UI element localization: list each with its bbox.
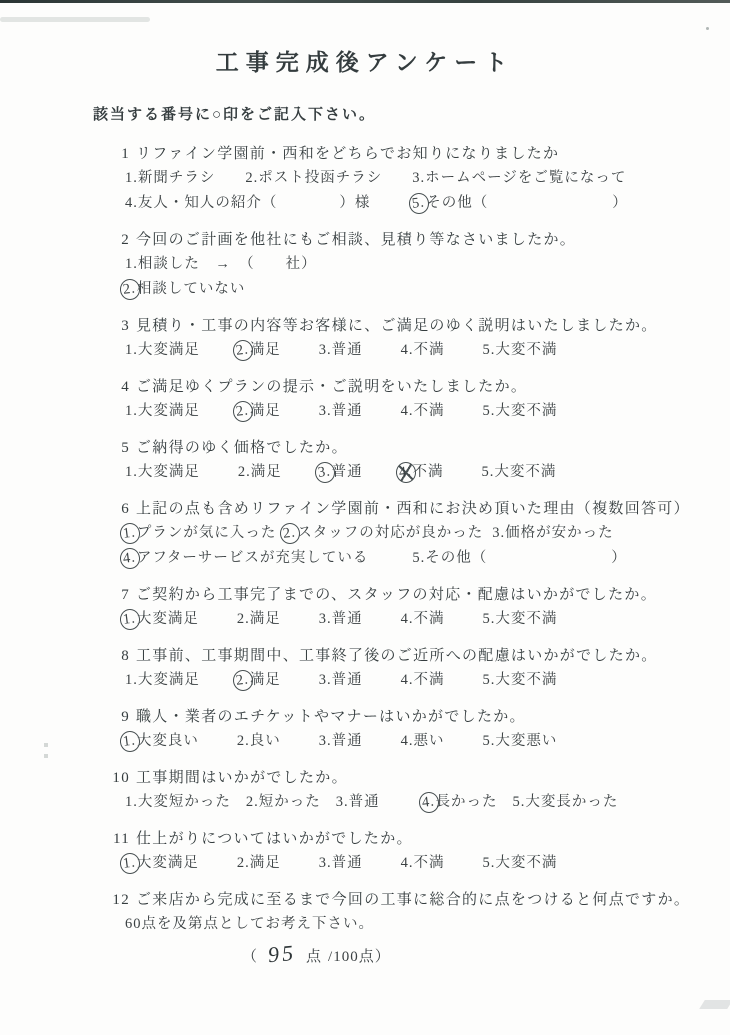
option: 1.大変短かった xyxy=(125,794,231,810)
option: 1.大変満足 xyxy=(125,403,200,419)
option-line: 1.大変満足2.満足3.普通4.不満5.大変不満 xyxy=(125,851,730,876)
option-number: 4. xyxy=(401,668,414,693)
instruction-text: 該当する番号に○印をご記入下さい。 xyxy=(93,103,730,124)
option-number: 5. xyxy=(483,668,496,693)
option: 3.普通 xyxy=(336,794,380,810)
option-label: 普通 xyxy=(349,794,380,810)
option-label: スタッフの対応が良かった xyxy=(297,525,483,541)
option-number: 5. xyxy=(412,546,425,571)
option-number: 4. xyxy=(401,607,414,632)
option-label: 短かった xyxy=(259,794,321,810)
question-text: リファイン学園前・西和をどちらでお知りになりましたか xyxy=(136,146,559,162)
option-line: 1.大変満足2.満足3.普通4.不満5.大変不満 xyxy=(125,607,730,632)
option-label: 不満 xyxy=(414,672,445,688)
option-number: 3. xyxy=(319,729,332,754)
option-label: 満足 xyxy=(251,464,282,480)
option: 5.その他（ ） xyxy=(414,195,627,211)
question-title: 4ご満足ゆくプランの提示・ご説明をいたしましたか。 xyxy=(112,375,730,399)
question-number: 3 xyxy=(112,314,130,338)
option-number: 3. xyxy=(319,399,332,424)
option-number: 1. xyxy=(125,338,138,363)
option-number: 1. xyxy=(125,166,138,191)
option-line: 2.相談していない xyxy=(125,277,730,302)
score-unit: 点 xyxy=(306,949,322,965)
option-label: 満足 xyxy=(250,403,281,419)
question-title: 7ご契約から工事完了までの、スタッフの対応・配慮はいかがでしたか。 xyxy=(112,583,730,607)
question-block: 1リファイン学園前・西和をどちらでお知りになりましたか1.新聞チラシ2.ポスト投… xyxy=(112,142,730,216)
option-label: 大変不満 xyxy=(495,342,557,358)
option-label: 大変不満 xyxy=(495,855,557,871)
option: 5.大変不満 xyxy=(483,403,558,419)
option-number: 4. xyxy=(401,338,414,363)
option: 2.満足 xyxy=(238,672,281,688)
option-number: 5. xyxy=(513,790,526,815)
question-title: 1リファイン学園前・西和をどちらでお知りになりましたか xyxy=(112,142,730,166)
question-text: 上記の点も含めリファイン学園前・西和にお決め頂いた理由（複数回答可） xyxy=(136,501,690,517)
option-label: 不満 xyxy=(414,403,445,419)
option-number: 4. xyxy=(401,729,414,754)
option: 3.普通 xyxy=(319,342,363,358)
question-text: ご納得のゆく価格でしたか。 xyxy=(136,440,348,456)
option-lines: 1.相談した → （ 社）2.相談していない xyxy=(112,252,730,302)
question-block: 5ご納得のゆく価格でしたか。1.大変満足2.満足3.普通4.不満5.大変不満 xyxy=(112,436,730,485)
option-lines: 1.プランが気に入った2.スタッフの対応が良かった3.価格が安かった4.アフター… xyxy=(112,521,730,571)
option-label: 大変満足 xyxy=(137,855,199,871)
option-label: 大変悪い xyxy=(495,733,557,749)
option: 3.普通 xyxy=(319,672,363,688)
option-label: 不満 xyxy=(414,611,445,627)
score-value-handwritten: 95 xyxy=(267,940,297,968)
option-label: 普通 xyxy=(332,403,363,419)
option: 1.相談した → （ 社） xyxy=(125,256,317,272)
option-label: その他（ ） xyxy=(425,550,627,566)
option-number: 3. xyxy=(336,790,349,815)
question-text: 今回のご計画を他社にもご相談、見積り等なさいましたか。 xyxy=(136,232,576,248)
scan-top-edge-artifact xyxy=(0,0,730,3)
question-title: 5ご納得のゆく価格でしたか。 xyxy=(112,436,730,460)
question-block: 11仕上がりについてはいかがでしたか。1.大変満足2.満足3.普通4.不満5.大… xyxy=(112,827,730,876)
scan-smudge-artifact xyxy=(0,17,150,22)
option: 1.大変満足 xyxy=(125,342,200,358)
option-number: 1. xyxy=(125,252,138,277)
option-label: 新聞チラシ xyxy=(138,170,216,186)
option-label: 普通 xyxy=(332,855,363,871)
question-text: 仕上がりについてはいかがでしたか。 xyxy=(136,831,413,847)
score-open-paren: （ xyxy=(242,949,258,965)
question-note: 60点を及第点としてお考え下さい。 xyxy=(112,912,730,937)
question-block: 3見積り・工事の内容等お客様に、ご満足のゆく説明はいたしましたか。1.大変満足2… xyxy=(112,314,730,363)
option-number: 4. xyxy=(401,851,414,876)
option: 5.大変不満 xyxy=(483,855,558,871)
option-number: 2. xyxy=(245,166,258,191)
option-label: その他（ ） xyxy=(426,195,628,211)
option-label: 満足 xyxy=(250,611,281,627)
option: 1.大変満足 xyxy=(125,611,199,627)
option-number: 5. xyxy=(483,607,496,632)
option-number: 1. xyxy=(125,399,138,424)
option: 4.不満 xyxy=(401,403,445,419)
option-lines: 1.大変満足2.満足3.普通4.不満5.大変不満 xyxy=(112,851,730,876)
option-label: 大変長かった xyxy=(525,794,618,810)
option: 2.満足 xyxy=(238,403,281,419)
option-label: 大変満足 xyxy=(138,672,200,688)
option-lines: 1.新聞チラシ2.ポスト投函チラシ3.ホームページをご覧になって4.友人・知人の… xyxy=(112,166,730,216)
question-title: 12ご来店から完成に至るまで今回の工事に総合的に点をつけると何点ですか。 xyxy=(112,888,730,912)
question-number: 12 xyxy=(112,888,130,912)
option: 5.大変悪い xyxy=(483,733,558,749)
question-title: 9職人・業者のエチケットやマナーはいかがでしたか。 xyxy=(112,705,730,729)
option: 4.悪い xyxy=(401,733,445,749)
option-number: 3. xyxy=(319,668,332,693)
option: 5.大変長かった xyxy=(513,794,619,810)
question-number: 6 xyxy=(112,497,130,521)
question-title: 6上記の点も含めリファイン学園前・西和にお決め頂いた理由（複数回答可） xyxy=(112,497,730,521)
option-label: 満足 xyxy=(250,342,281,358)
option-label: 相談した → （ 社） xyxy=(138,256,317,272)
option: 2.満足 xyxy=(238,464,282,480)
option-number: 1. xyxy=(125,460,138,485)
question-title: 2今回のご計画を他社にもご相談、見積り等なさいましたか。 xyxy=(112,228,730,252)
option: 1.大変良い xyxy=(125,733,199,749)
option-line: 1.大変満足2.満足3.普通4.不満5.大変不満 xyxy=(125,338,730,363)
question-text: ご来店から完成に至るまで今回の工事に総合的に点をつけると何点ですか。 xyxy=(136,892,690,908)
option-line: 4.アフターサービスが充実している5.その他（ ） xyxy=(125,546,730,571)
option: 3.価格が安かった xyxy=(492,525,613,541)
option-label: 長かった xyxy=(436,794,498,810)
option-label: 普通 xyxy=(332,464,363,480)
option-label: 良い xyxy=(250,733,281,749)
option-label: プランが気に入った xyxy=(137,525,277,541)
scanned-survey-page: 工事完成後アンケート 該当する番号に○印をご記入下さい。 1リファイン学園前・西… xyxy=(0,0,730,1035)
question-block: 7ご契約から工事完了までの、スタッフの対応・配慮はいかがでしたか。1.大変満足2… xyxy=(112,583,730,632)
score-line: （95点/100点） xyxy=(112,941,730,967)
option-label: 不満 xyxy=(413,464,444,480)
option: 2.スタッフの対応が良かった xyxy=(285,525,483,541)
option-number: 4. xyxy=(125,191,138,216)
option-label: 普通 xyxy=(332,611,363,627)
option: 5.大変不満 xyxy=(483,672,558,688)
option-label: 大変良い xyxy=(137,733,199,749)
option-label: 大変不満 xyxy=(495,611,557,627)
questions-list: 1リファイン学園前・西和をどちらでお知りになりましたか1.新聞チラシ2.ポスト投… xyxy=(112,142,730,967)
option-number: 5. xyxy=(483,399,496,424)
question-number: 10 xyxy=(112,766,130,790)
option-number: 1. xyxy=(125,790,138,815)
option-label: 満足 xyxy=(250,672,281,688)
option-lines: 1.大変満足2.満足3.普通4.不満5.大変不満 xyxy=(112,338,730,363)
scan-speck-artifact xyxy=(706,27,709,30)
option-number: 5. xyxy=(482,460,495,485)
option-label: 大変不満 xyxy=(494,464,556,480)
option-label: ホームページをご覧になって xyxy=(425,170,626,186)
option-label: 大変不満 xyxy=(495,672,557,688)
option: 2.満足 xyxy=(237,611,281,627)
scan-mark-artifact xyxy=(44,743,48,761)
scan-bottom-smudge-artifact xyxy=(699,1000,730,1009)
option-line: 4.友人・知人の紹介（ ）様5.その他（ ） xyxy=(125,191,730,216)
option-label: 普通 xyxy=(332,342,363,358)
option: 1.大変満足 xyxy=(125,672,200,688)
option: 2.満足 xyxy=(238,342,281,358)
option-lines: 1.大変満足2.満足3.普通4.不満5.大変不満 xyxy=(112,607,730,632)
option: 1.大変満足 xyxy=(125,464,200,480)
option-line: 1.大変満足2.満足3.普通4.不満5.大変不満 xyxy=(125,460,730,485)
option-number: 1. xyxy=(125,668,138,693)
option-label: 不満 xyxy=(414,855,445,871)
page-title: 工事完成後アンケート xyxy=(0,0,730,77)
option-line: 1.大変良い2.良い3.普通4.悪い5.大変悪い xyxy=(125,729,730,754)
question-text: 工事期間はいかがでしたか。 xyxy=(136,770,348,786)
question-block: 9職人・業者のエチケットやマナーはいかがでしたか。1.大変良い2.良い3.普通4… xyxy=(112,705,730,754)
question-block: 10工事期間はいかがでしたか。1.大変短かった2.短かった3.普通4.長かった5… xyxy=(112,766,730,815)
question-number: 11 xyxy=(112,827,130,851)
option: 4.不満 xyxy=(401,611,445,627)
option-lines: 1.大変満足2.満足3.普通4.不満5.大変不満 xyxy=(112,668,730,693)
option-lines: 1.大変満足2.満足3.普通4.不満5.大変不満 xyxy=(112,460,730,485)
question-block: 2今回のご計画を他社にもご相談、見積り等なさいましたか。1.相談した → （ 社… xyxy=(112,228,730,302)
option-line: 1.大変満足2.満足3.普通4.不満5.大変不満 xyxy=(125,668,730,693)
option: 2.ポスト投函チラシ xyxy=(245,170,382,186)
question-title: 3見積り・工事の内容等お客様に、ご満足のゆく説明はいたしましたか。 xyxy=(112,314,730,338)
question-title: 8工事前、工事期間中、工事終了後のご近所への配慮はいかがでしたか。 xyxy=(112,644,730,668)
option: 3.普通 xyxy=(319,733,363,749)
option: 5.その他（ ） xyxy=(412,550,626,566)
option-lines: 1.大変短かった2.短かった3.普通4.長かった5.大変長かった xyxy=(112,790,730,815)
question-title: 10工事期間はいかがでしたか。 xyxy=(112,766,730,790)
option-number: 2. xyxy=(238,460,251,485)
option: 4.不満 xyxy=(401,855,445,871)
option: 4.不満 xyxy=(401,464,444,480)
question-number: 8 xyxy=(112,644,130,668)
option-line: 1.大変満足2.満足3.普通4.不満5.大変不満 xyxy=(125,399,730,424)
question-text: 工事前、工事期間中、工事終了後のご近所への配慮はいかがでしたか。 xyxy=(136,648,658,664)
question-number: 4 xyxy=(112,375,130,399)
option-label: 不満 xyxy=(414,342,445,358)
option: 5.大変不満 xyxy=(482,464,557,480)
option-number: 3. xyxy=(319,851,332,876)
question-text: 職人・業者のエチケットやマナーはいかがでしたか。 xyxy=(136,709,526,725)
option-lines: 1.大変良い2.良い3.普通4.悪い5.大変悪い xyxy=(112,729,730,754)
option: 4.長かった xyxy=(424,794,498,810)
option: 4.友人・知人の紹介（ ）様 xyxy=(125,195,370,211)
option-number: 3. xyxy=(412,166,425,191)
option: 1.新聞チラシ xyxy=(125,170,215,186)
option-number: 2. xyxy=(237,851,250,876)
question-block: 8工事前、工事期間中、工事終了後のご近所への配慮はいかがでしたか。1.大変満足2… xyxy=(112,644,730,693)
option-label: 友人・知人の紹介（ ）様 xyxy=(138,195,371,211)
option-number: 3. xyxy=(319,607,332,632)
option-label: 普通 xyxy=(332,672,363,688)
option-line: 1.プランが気に入った2.スタッフの対応が良かった3.価格が安かった xyxy=(125,521,730,546)
option-line: 1.相談した → （ 社） xyxy=(125,252,730,277)
option: 3.普通 xyxy=(319,855,363,871)
question-block: 4ご満足ゆくプランの提示・ご説明をいたしましたか。1.大変満足2.満足3.普通4… xyxy=(112,375,730,424)
option-label: 大変満足 xyxy=(138,464,200,480)
option: 3.普通 xyxy=(319,611,363,627)
option: 5.大変不満 xyxy=(483,342,558,358)
option-number: 3. xyxy=(492,521,505,546)
option-label: 相談していない xyxy=(137,281,246,297)
option-line: 1.大変短かった2.短かった3.普通4.長かった5.大変長かった xyxy=(125,790,730,815)
option: 5.大変不満 xyxy=(483,611,558,627)
option-label: 価格が安かった xyxy=(505,525,614,541)
question-number: 1 xyxy=(112,142,130,166)
question-text: 見積り・工事の内容等お客様に、ご満足のゆく説明はいたしましたか。 xyxy=(136,318,658,334)
option: 2.良い xyxy=(237,733,281,749)
option: 2.短かった xyxy=(246,794,321,810)
option-label: 大変満足 xyxy=(137,611,199,627)
option-line: 1.新聞チラシ2.ポスト投函チラシ3.ホームページをご覧になって xyxy=(125,166,730,191)
option: 2.相談していない xyxy=(125,281,245,297)
option-number: 3. xyxy=(319,338,332,363)
option: 3.ホームページをご覧になって xyxy=(412,170,626,186)
option: 1.プランが気に入った xyxy=(125,525,276,541)
answer-circle-mark: 4. xyxy=(417,791,439,814)
option-number: 2. xyxy=(237,729,250,754)
question-number: 9 xyxy=(112,705,130,729)
question-text: ご満足ゆくプランの提示・ご説明をいたしましたか。 xyxy=(136,379,527,395)
option-number: 2. xyxy=(237,607,250,632)
option: 4.不満 xyxy=(401,672,445,688)
option-label: 大変不満 xyxy=(495,403,557,419)
option-lines: 1.大変満足2.満足3.普通4.不満5.大変不満 xyxy=(112,399,730,424)
option-number: 5. xyxy=(483,851,496,876)
option-number: 5. xyxy=(483,729,496,754)
option-number: 5. xyxy=(483,338,496,363)
option-label: ポスト投函チラシ xyxy=(258,170,382,186)
option: 3.普通 xyxy=(319,403,363,419)
question-title: 11仕上がりについてはいかがでしたか。 xyxy=(112,827,730,851)
question-number: 2 xyxy=(112,228,130,252)
option-label: 悪い xyxy=(414,733,445,749)
question-number: 5 xyxy=(112,436,130,460)
option-label: 普通 xyxy=(332,733,363,749)
option-label: アフターサービスが充実している xyxy=(137,550,368,566)
option: 4.アフターサービスが充実している xyxy=(125,550,368,566)
score-total: /100点） xyxy=(328,949,391,965)
question-block: 12ご来店から完成に至るまで今回の工事に総合的に点をつけると何点ですか。60点を… xyxy=(112,888,730,967)
option: 1.大変満足 xyxy=(125,855,199,871)
option-label: 大変短かった xyxy=(138,794,231,810)
option-label: 満足 xyxy=(250,855,281,871)
question-text: ご契約から工事完了までの、スタッフの対応・配慮はいかがでしたか。 xyxy=(136,587,657,603)
option: 2.満足 xyxy=(237,855,281,871)
option: 4.不満 xyxy=(401,342,445,358)
option-label: 大変満足 xyxy=(138,403,200,419)
question-block: 6上記の点も含めリファイン学園前・西和にお決め頂いた理由（複数回答可）1.プラン… xyxy=(112,497,730,571)
question-number: 7 xyxy=(112,583,130,607)
option-number: 4. xyxy=(401,399,414,424)
option: 3.普通 xyxy=(320,464,363,480)
option-number: 2. xyxy=(246,790,259,815)
option-label: 大変満足 xyxy=(138,342,200,358)
answer-circle-mark: 4. xyxy=(394,461,416,484)
